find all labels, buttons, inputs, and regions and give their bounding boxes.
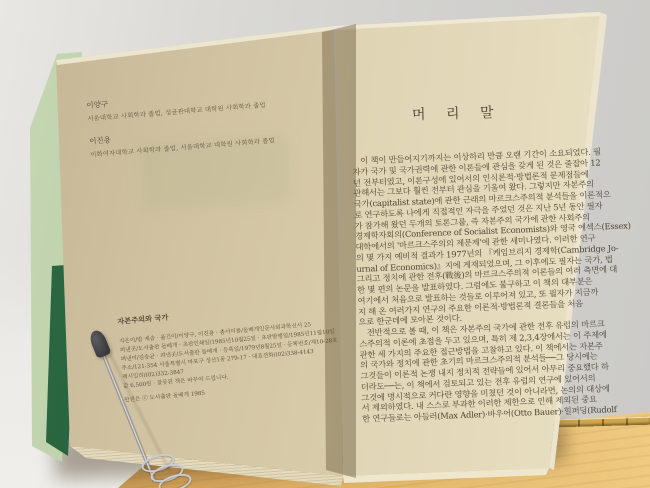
preface-title: 머 리 말	[412, 102, 502, 124]
preface-text: 이 책이 만들어지기까지는 이상하리 만큼 오랜 기간이 소요되었다. 필자가 …	[352, 145, 638, 424]
photo-scene: 이양구 서울대학교 사회학과 졸업, 성균관대학교 대학원 사회학과 졸업 이진…	[0, 0, 650, 488]
open-book: 이양구 서울대학교 사회학과 졸업, 성균관대학교 대학원 사회학과 졸업 이진…	[0, 0, 650, 488]
